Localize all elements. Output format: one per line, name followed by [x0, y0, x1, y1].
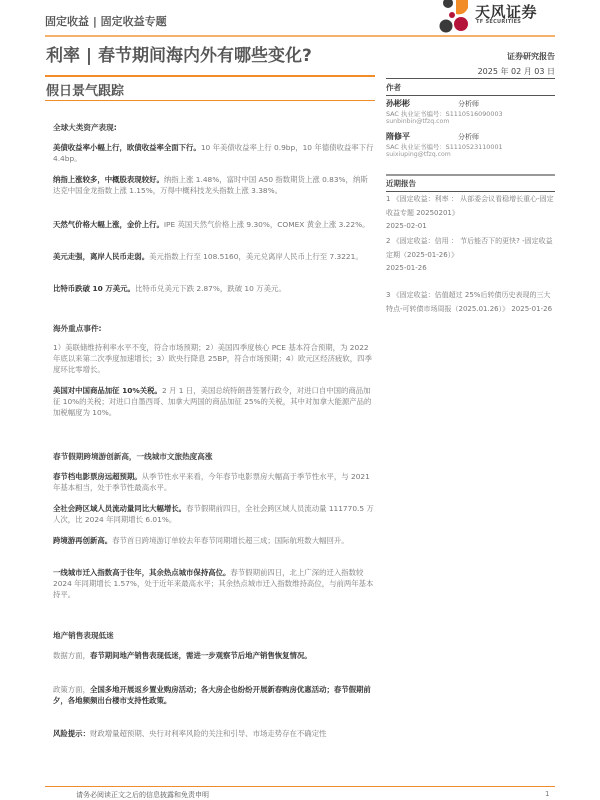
travel-section-heading: 春节假期跨境游创新高，一线城市文旅热度高涨 [53, 451, 375, 462]
report-title-link[interactable]: 1 《固定收益：利率 ： 从部委会议看稳增长重心-固定收益专题 20250201… [386, 193, 555, 220]
recent-report-item[interactable]: 3 《固定收益：估值超过 25%后转债历史表现的三大特点-可转债市场周报（202… [386, 289, 555, 316]
author-card: 隋修平 分析师 SAC 执业证书编号：S1110523110001 suixiu… [386, 131, 555, 165]
travel-item: 跨境游再创新高。春节首日跨境游订单较去年春节同期增长超三成；国际航班数大幅回升。 [53, 535, 375, 546]
asset-item: 美元走强，离岸人民币走弱。美元指数上行至 108.5160，美元兑离岸人民币上行… [53, 251, 375, 262]
section-heading: 全球大类资产表现: [53, 122, 375, 133]
author-sac-id: SAC 执业证书编号：S1110523110001 [386, 142, 555, 151]
travel-item: 全社会跨区域人员流动量同比大幅增长。春节假期前四日，全社会跨区域人员流动量 11… [53, 503, 375, 525]
recent-report-item[interactable]: 1 《固定收益：利率 ： 从部委会议看稳增长重心-固定收益专题 20250201… [386, 193, 555, 234]
risk-warning: 风险提示：财政增量超预期、央行对利率风险的关注和引导、市场走势存在不确定性 [53, 728, 375, 739]
travel-item-text: 春节首日跨境游订单较去年春节同期增长超三成；国际航班数大幅回升。 [112, 536, 349, 545]
subtitle-bottom-rule [45, 100, 375, 101]
travel-item: 一线城市迁入指数高于往年，其余热点城市保持高位。春节假期前四日，北上广深的迁入指… [53, 567, 375, 600]
property-section-heading: 地产销售表现低迷 [53, 630, 375, 641]
logo-name-en: TF SECURITIES [476, 19, 521, 25]
asset-item-text: IPE 英国天然气价格上涨 9.30%，COMEX 黄金上涨 3.22%。 [164, 220, 370, 229]
report-date: 2025-01-26 [386, 262, 555, 276]
authors-divider [386, 95, 555, 96]
travel-item-lead: 跨境游再创新高。 [53, 536, 112, 545]
report-date: 2025-01-26 [511, 305, 552, 313]
property-paragraph-2: 政策方面，全国多地开展返乡置业购房活动；各大房企也纷纷开展新春购房优惠活动；春节… [53, 684, 375, 706]
paragraph-text: 1）美联储维持利率水平不变，符合市场预期；2）美国四季度核心 PCE 基本符合预… [53, 342, 375, 375]
asset-item: 天然气价格大幅上涨，金价上行。IPE 英国天然气价格上涨 9.30%，COMEX… [53, 219, 375, 230]
property-paragraph-1: 数据方面，春节期间地产销售表现低迷，需进一步观察节后地产销售恢复情况。 [53, 650, 375, 661]
asset-item-lead: 纳指上涨较多，中概股表现较好。 [53, 175, 164, 184]
section-heading: 海外重点事件: [53, 323, 375, 334]
paragraph-lead: 美国对中国商品加征 10%关税。 [53, 386, 162, 395]
sidebar-heading: 作者 [386, 82, 555, 93]
report-date: 2025-02-01 [386, 220, 555, 234]
global-assets-section: 全球大类资产表现: [53, 122, 375, 133]
asset-item-lead: 美元走强，离岸人民币走弱。 [53, 252, 149, 261]
paragraph-lead: 数据方面， [53, 651, 90, 660]
recent-report-item[interactable]: 2 《固定收益：信用 ： 节后能否下的更快? -固定收益定期（2025-01-2… [386, 235, 555, 276]
report-type: 证券研究报告 [507, 51, 555, 62]
paragraph-lead: 政策方面， [53, 685, 90, 694]
page-subtitle: 假日景气跟踪 [46, 80, 124, 99]
date-divider [386, 78, 555, 79]
author-sac-id: SAC 执业证书编号：S1110516090003 [386, 109, 555, 118]
subtitle-top-rule [45, 75, 375, 77]
breadcrumb: 固定收益 | 固定收益专题 [45, 13, 167, 29]
section-heading: 春节假期跨境游创新高，一线城市文旅热度高涨 [53, 451, 375, 462]
asset-item-text: 美元指数上行至 108.5160，美元兑离岸人民币上行至 7.3221。 [149, 252, 363, 261]
section-heading: 地产销售表现低迷 [53, 630, 375, 641]
author-email[interactable]: sunbinbin@tfzq.com [386, 118, 555, 125]
asset-item: 美债收益率小幅上行，欧债收益率全面下行。10 年美债收益率上行 0.9bp，10… [53, 142, 375, 164]
page-title: 利率 | 春节期间海内外有哪些变化? [46, 41, 312, 66]
travel-item: 春节档电影票房远超预期。从季节性水平来看，今年春节电影票房大幅高于季节性水平，与… [53, 471, 375, 493]
page-number: 1 [545, 790, 549, 798]
sidebar-heading: 近期报告 [386, 178, 555, 189]
asset-item: 纳指上涨较多，中概股表现较好。纳指上涨 1.48%，富时中国 A50 指数期货上… [53, 174, 375, 196]
header-divider [45, 35, 555, 37]
recent-reports-top-rule [386, 174, 555, 176]
travel-item-lead: 春节档电影票房远超预期。 [53, 472, 142, 481]
recent-reports-heading: 近期报告 [386, 178, 555, 189]
risk-text: 财政增量超预期、央行对利率风险的关注和引导、市场走势存在不确定性 [90, 729, 327, 738]
overseas-paragraph-2: 美国对中国商品加征 10%关税。2 月 1 日，美国总统特朗普签署行政令，对进口… [53, 385, 375, 418]
authors-heading: 作者 [386, 82, 555, 93]
author-email[interactable]: suixiuping@tfzq.com [386, 151, 555, 158]
asset-item-lead: 比特币跌破 10 万美元。 [53, 284, 135, 293]
author-role: 分析师 [458, 132, 479, 142]
tf-securities-logo-icon [438, 0, 474, 36]
paragraph-text: 春节期间地产销售表现低迷，需进一步观察节后地产销售恢复情况。 [90, 651, 312, 660]
asset-item-lead: 美债收益率小幅上行，欧债收益率全面下行。 [53, 143, 201, 152]
footer-divider [45, 786, 555, 787]
report-title-link[interactable]: 2 《固定收益：信用 ： 节后能否下的更快? -固定收益定期（2025-01-2… [386, 235, 555, 262]
asset-item-lead: 天然气价格大幅上涨，金价上行。 [53, 220, 164, 229]
asset-item: 比特币跌破 10 万美元。比特币兑美元下跌 2.87%，跌破 10 万美元。 [53, 283, 375, 294]
paragraph-text: 全国多地开展返乡置业购房活动；各大房企也纷纷开展新春购房优惠活动；春节假期前夕，… [53, 685, 371, 705]
travel-item-lead: 全社会跨区域人员流动量同比大幅增长。 [53, 504, 186, 513]
asset-item-text: 比特币兑美元下跌 2.87%，跌破 10 万美元。 [135, 284, 286, 293]
author-role: 分析师 [458, 99, 479, 109]
author-card: 孙彬彬 分析师 SAC 执业证书编号：S1110516090003 sunbin… [386, 98, 555, 132]
recent-reports-divider [386, 191, 555, 192]
overseas-section-heading: 海外重点事件: [53, 323, 375, 334]
risk-label: 风险提示： [53, 729, 90, 738]
report-date: 2025 年 02 月 03 日 [478, 66, 555, 77]
overseas-paragraph-1: 1）美联储维持利率水平不变，符合市场预期；2）美国四季度核心 PCE 基本符合预… [53, 342, 375, 375]
footer-disclaimer: 请务必阅读正文之后的信息披露和免责申明 [76, 790, 209, 800]
travel-item-lead: 一线城市迁入指数高于往年，其余热点城市保持高位。 [53, 568, 230, 577]
